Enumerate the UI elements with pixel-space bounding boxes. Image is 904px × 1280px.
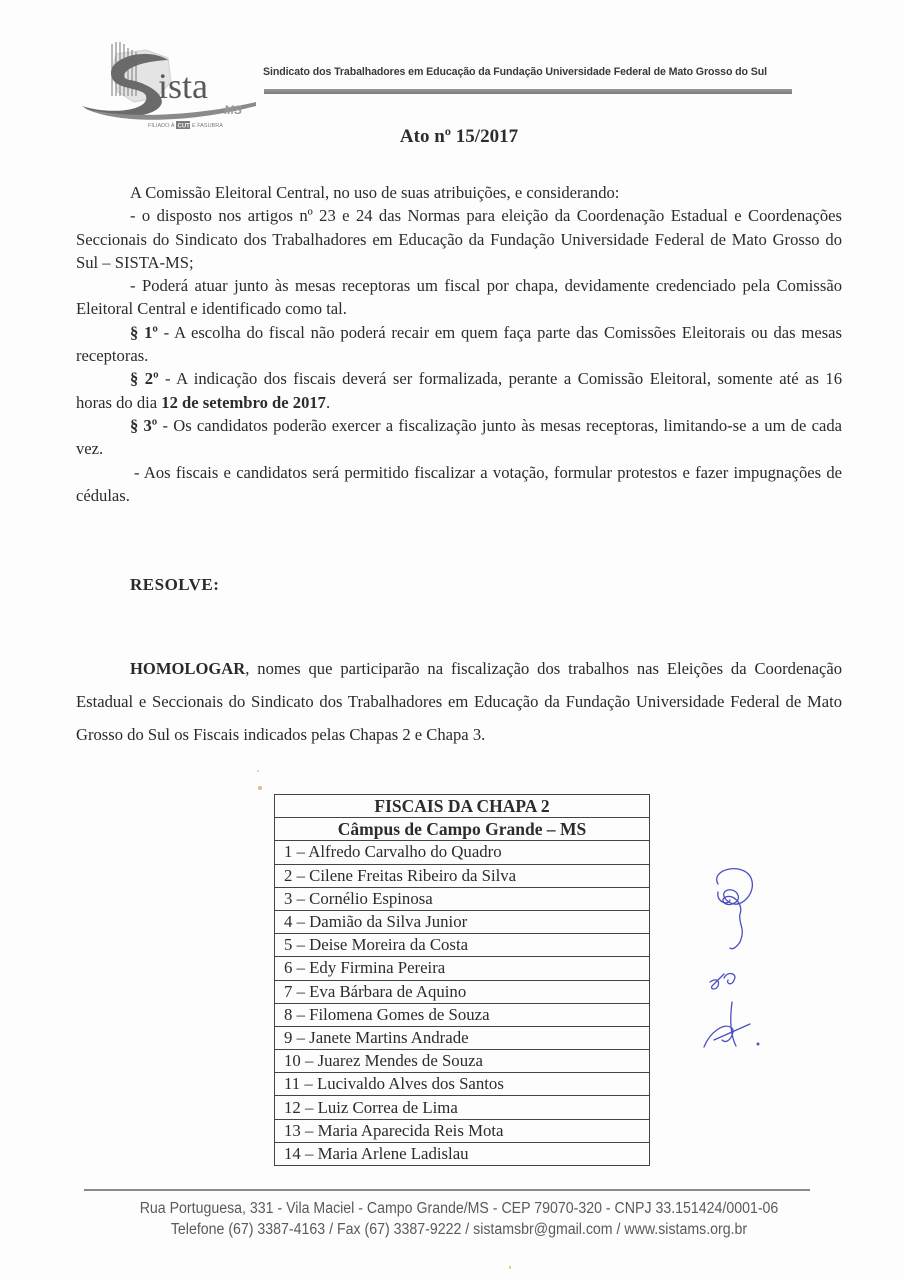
table-row: 11 – Lucivaldo Alves dos Santos: [275, 1073, 650, 1096]
organization-name: Sindicato dos Trabalhadores em Educação …: [263, 66, 767, 78]
table-row: 12 – Luiz Correa de Lima: [275, 1096, 650, 1119]
fiscal-name-cell: 4 – Damião da Silva Junior: [275, 910, 650, 933]
intro-paragraph: A Comissão Eleitoral Central, no uso de …: [76, 181, 842, 204]
fiscal-name-cell: 12 – Luiz Correa de Lima: [275, 1096, 650, 1119]
fiscal-name-cell: 11 – Lucivaldo Alves dos Santos: [275, 1073, 650, 1096]
paragraph-1-text: - A escolha do fiscal não poderá recair …: [76, 323, 842, 365]
fiscal-name-cell: 5 – Deise Moreira da Costa: [275, 934, 650, 957]
footer-contact: Telefone (67) 3387-4163 / Fax (67) 3387-…: [50, 1219, 869, 1240]
table-row: 8 – Filomena Gomes de Souza: [275, 1003, 650, 1026]
svg-text:MS: MS: [224, 103, 242, 117]
table-row: 10 – Juarez Mendes de Souza: [275, 1050, 650, 1073]
paragraph-2-label: § 2º: [130, 369, 159, 388]
fiscal-name-cell: 13 – Maria Aparecida Reis Mota: [275, 1119, 650, 1142]
table-subtitle: Câmpus de Campo Grande – MS: [275, 818, 650, 841]
considerations-section: A Comissão Eleitoral Central, no uso de …: [76, 181, 842, 507]
table-title: FISCAIS DA CHAPA 2: [275, 795, 650, 818]
footer-address: Rua Portuguesa, 331 - Vila Maciel - Camp…: [50, 1198, 869, 1219]
table-row: 13 – Maria Aparecida Reis Mota: [275, 1119, 650, 1142]
fiscal-name-cell: 14 – Maria Arlene Ladislau: [275, 1142, 650, 1165]
svg-text:ista: ista: [158, 66, 208, 106]
paragraph-3-text: - Os candidatos poderão exercer a fiscal…: [76, 416, 842, 458]
paragraph-2-end: .: [326, 393, 330, 412]
paragraph-1: § 1º - A escolha do fiscal não poderá re…: [76, 321, 842, 368]
table-row: 3 – Cornélio Espinosa: [275, 887, 650, 910]
fiscal-name-cell: 10 – Juarez Mendes de Souza: [275, 1050, 650, 1073]
scan-speck: [258, 786, 262, 790]
consideration-item-1: - o disposto nos artigos nº 23 e 24 das …: [76, 204, 842, 274]
table-row: 4 – Damião da Silva Junior: [275, 910, 650, 933]
fiscal-name-cell: 7 – Eva Bárbara de Aquino: [275, 980, 650, 1003]
paragraph-3-label: § 3º: [130, 416, 157, 435]
paragraph-3: § 3º - Os candidatos poderão exercer a f…: [76, 414, 842, 461]
resolution-text: HOMOLOGAR, nomes que participarão na fis…: [76, 652, 842, 751]
fiscal-name-cell: 6 – Edy Firmina Pereira: [275, 957, 650, 980]
sista-ms-logo: ista MS FILIADO À CUT E FASUBRA: [76, 36, 261, 132]
scan-speck: [257, 770, 259, 772]
consideration-item-3: - Aos fiscais e candidatos será permitid…: [76, 461, 842, 508]
scan-speck: [509, 1266, 511, 1269]
signatures: [680, 862, 780, 1062]
act-title: Ato nº 15/2017: [0, 126, 904, 148]
fiscal-name-cell: 1 – Alfredo Carvalho do Quadro: [275, 841, 650, 864]
handwritten-signatures-icon: [680, 862, 780, 1062]
paragraph-2: § 2º - A indicação dos fiscais deverá se…: [76, 367, 842, 414]
sista-ms-logo-icon: ista MS FILIADO À CUT E FASUBRA: [76, 36, 261, 132]
footer-divider: [84, 1189, 810, 1191]
table-row: 1 – Alfredo Carvalho do Quadro: [275, 841, 650, 864]
table-row: 5 – Deise Moreira da Costa: [275, 934, 650, 957]
resolve-heading: RESOLVE:: [130, 575, 219, 595]
table-row: 2 – Cilene Freitas Ribeiro da Silva: [275, 864, 650, 887]
table-row: 7 – Eva Bárbara de Aquino: [275, 980, 650, 1003]
header-divider: [264, 89, 792, 94]
paragraph-2-date: 12 de setembro de 2017: [161, 393, 326, 412]
fiscal-name-cell: 2 – Cilene Freitas Ribeiro da Silva: [275, 864, 650, 887]
fiscal-name-cell: 8 – Filomena Gomes de Souza: [275, 1003, 650, 1026]
resolution-action: HOMOLOGAR: [130, 659, 245, 678]
fiscal-name-cell: 9 – Janete Martins Andrade: [275, 1026, 650, 1049]
consideration-item-2: - Poderá atuar junto às mesas receptoras…: [76, 274, 842, 321]
table-row: 6 – Edy Firmina Pereira: [275, 957, 650, 980]
table-row: 14 – Maria Arlene Ladislau: [275, 1142, 650, 1165]
footer: Rua Portuguesa, 331 - Vila Maciel - Camp…: [0, 1198, 904, 1240]
fiscal-name-cell: 3 – Cornélio Espinosa: [275, 887, 650, 910]
fiscais-table: FISCAIS DA CHAPA 2 Câmpus de Campo Grand…: [274, 794, 650, 1166]
paragraph-1-label: § 1º: [130, 323, 158, 342]
table-row: 9 – Janete Martins Andrade: [275, 1026, 650, 1049]
